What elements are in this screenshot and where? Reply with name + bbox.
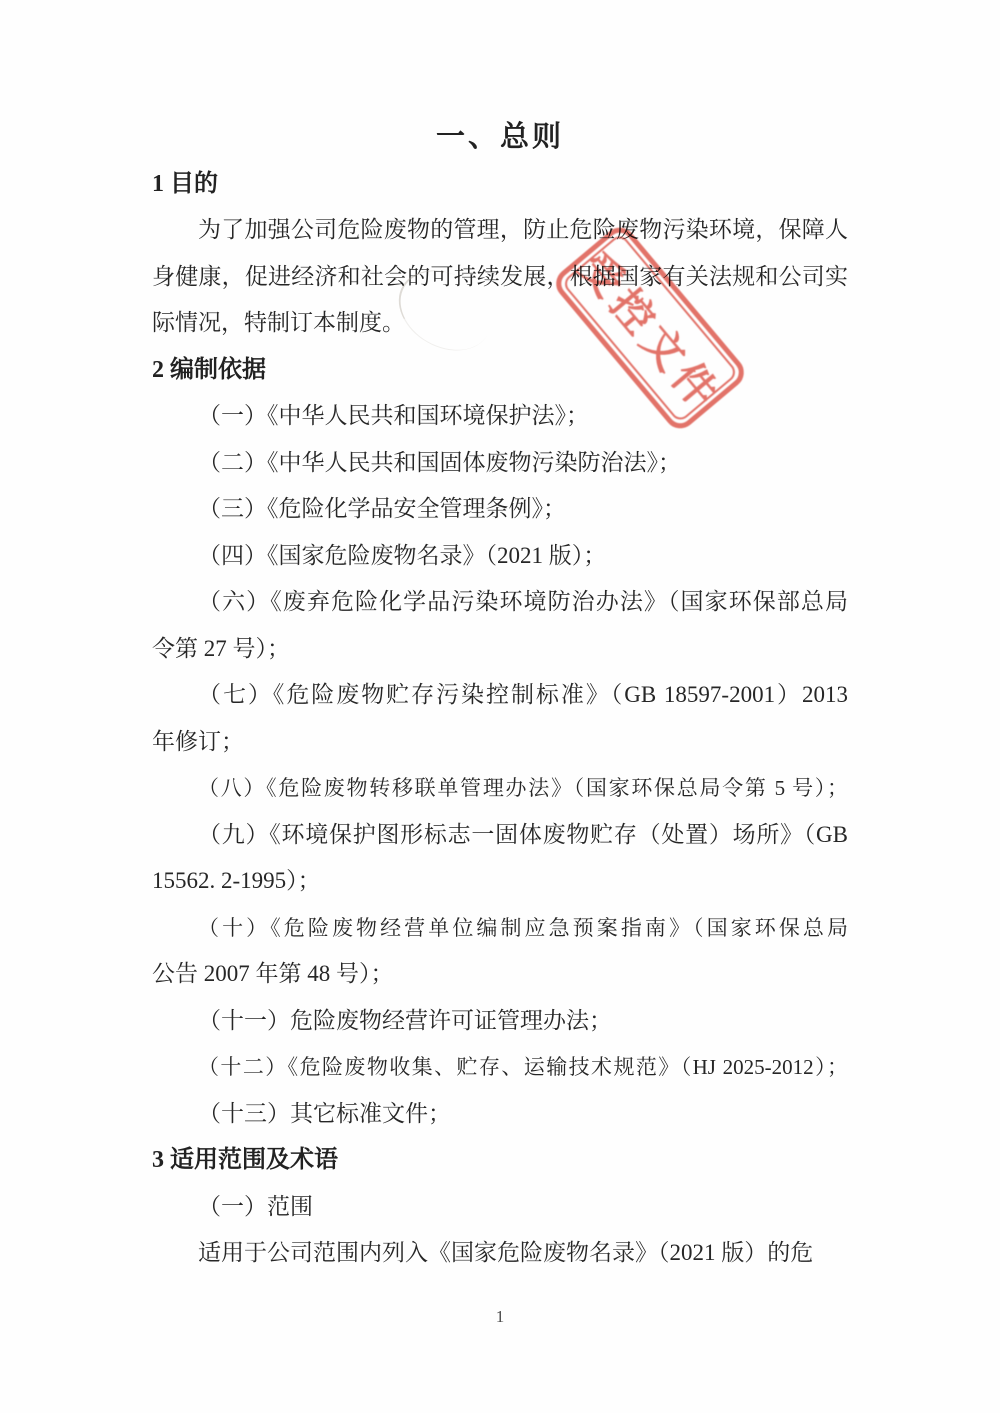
text-line: （六）《废弃危险化学品污染环境防治办法》（国家环保部总局 xyxy=(152,579,848,626)
text-line: 年修订； xyxy=(152,719,848,766)
text-line: （十）《危险废物经营单位编制应急预案指南》（国家环保总局 xyxy=(152,905,848,952)
document-title: 一、总则 xyxy=(152,114,848,161)
section-heading: 1 目的 xyxy=(152,161,848,208)
text-line: 为了加强公司危险废物的管理，防止危险废物污染环境，保障人 xyxy=(152,207,848,254)
text-line: 际情况，特制订本制度。 xyxy=(152,300,848,347)
page-number: 1 xyxy=(496,1307,505,1326)
section-heading: 2 编制依据 xyxy=(152,347,848,394)
text-line: 令第 27 号）； xyxy=(152,626,848,673)
text-line: （十二）《危险废物收集、贮存、运输技术规范》（HJ 2025-2012）； xyxy=(152,1044,848,1091)
text-line: （三）《危险化学品安全管理条例》； xyxy=(152,486,848,533)
text-line: 15562. 2-1995）； xyxy=(152,858,848,905)
text-line: （九）《环境保护图形标志一固体废物贮存（处置）场所》（GB xyxy=(152,812,848,859)
document-body: 1 目的为了加强公司危险废物的管理，防止危险废物污染环境，保障人身健康，促进经济… xyxy=(152,161,848,1277)
text-line: 适用于公司范围内列入《国家危险废物名录》（2021 版）的危 xyxy=(152,1230,848,1277)
text-line: （四）《国家危险废物名录》（2021 版）； xyxy=(152,533,848,580)
page-footer: 1 xyxy=(152,1307,848,1327)
text-line: （十一）危险废物经营许可证管理办法； xyxy=(152,998,848,1045)
text-line: （十三）其它标准文件； xyxy=(152,1091,848,1138)
text-line: （二）《中华人民共和国固体废物污染防治法》； xyxy=(152,440,848,487)
text-line: （一）范围 xyxy=(152,1184,848,1231)
text-line: 公告 2007 年第 48 号）； xyxy=(152,951,848,998)
text-line: 身健康，促进经济和社会的可持续发展，根据国家有关法规和公司实 xyxy=(152,254,848,301)
section-heading: 3 适用范围及术语 xyxy=(152,1137,848,1184)
document-page: 一、总则 1 目的为了加强公司危险废物的管理，防止危险废物污染环境，保障人身健康… xyxy=(0,0,1000,1413)
text-line: （七）《危险废物贮存污染控制标准》（GB 18597-2001）2013 xyxy=(152,672,848,719)
text-line: （八）《危险废物转移联单管理办法》（国家环保总局令第 5 号）； xyxy=(152,765,848,812)
text-line: （一）《中华人民共和国环境保护法》； xyxy=(152,393,848,440)
